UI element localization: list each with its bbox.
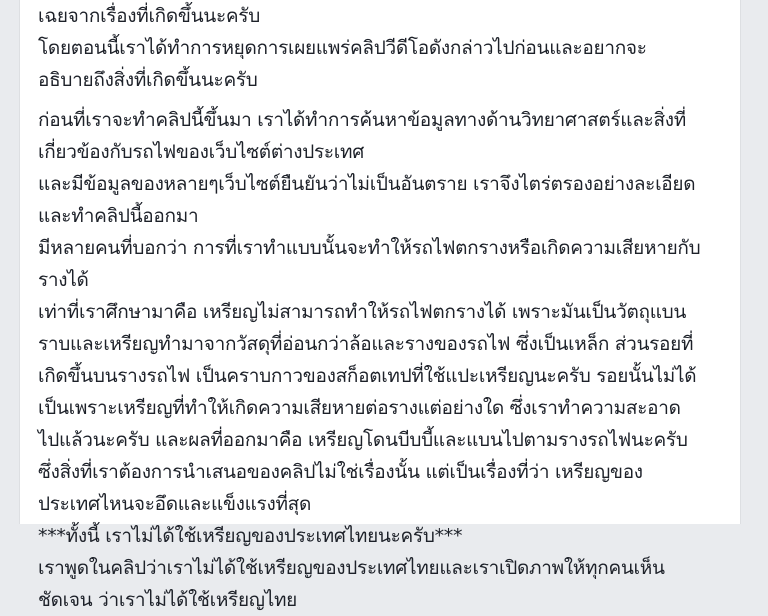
paragraph-gap [38,96,728,104]
post-text-line: ไปแล้วนะครับ และผลที่ออกมาคือ เหรียญโดนบ… [38,424,728,456]
post-text-line: เป็นเพราะเหรียญที่ทำให้เกิดความเสียหายต่… [38,392,728,424]
post-text-line: ก่อนที่เราจะทำคลิปนี้ขึ้นมา เราได้ทำการค… [38,104,728,136]
post-body-text: เฉยจากเรื่องที่เกิดขึ้นนะครับ โดยตอนนี้เ… [38,0,728,512]
post-paragraph-explanation: ก่อนที่เราจะทำคลิปนี้ขึ้นมา เราได้ทำการค… [38,104,728,512]
post-text-line: เฉยจากเรื่องที่เกิดขึ้นนะครับ [38,0,728,32]
post-text-line: ซึ่งสิ่งที่เราต้องการนำเสนอของคลิปไม่ใช่… [38,456,728,488]
post-paragraph-intro: เฉยจากเรื่องที่เกิดขึ้นนะครับ โดยตอนนี้เ… [38,0,728,96]
post-text-line: ราบและเหรียญทำมาจากวัสดุที่อ่อนกว่าล้อแล… [38,328,728,360]
post-text-line: และมีข้อมูลของหลายๆเว็บไซต์ยืนยันว่าไม่เ… [38,168,728,200]
post-text-line: มีหลายคนที่บอกว่า การที่เราทำแบบนั้นจะทำ… [38,232,728,264]
post-text-line: เท่าที่เราศึกษามาคือ เหรียญไม่สามารถทำให… [38,296,728,328]
post-text-line: เกี่ยวข้องกับรถไฟของเว็บไซต์ต่างประเทศ [38,136,728,168]
post-text-line: และทำคลิปนี้ออกมา [38,200,728,232]
post-text-line: เกิดขึ้นบนรางรถไฟ เป็นคราบกาวของสก็อตเทป… [38,360,728,392]
post-card: เฉยจากเรื่องที่เกิดขึ้นนะครับ โดยตอนนี้เ… [19,0,741,512]
post-text-line: อธิบายถึงสิ่งที่เกิดขึ้นนะครับ [38,64,728,96]
post-text-line: ประเทศไหนจะอึดและแข็งแรงที่สุด [38,488,728,512]
post-text-line: โดยตอนนี้เราได้ทำการหยุดการเผยแพร่คลิปวี… [38,32,728,64]
post-text-line: รางได้ [38,264,728,296]
